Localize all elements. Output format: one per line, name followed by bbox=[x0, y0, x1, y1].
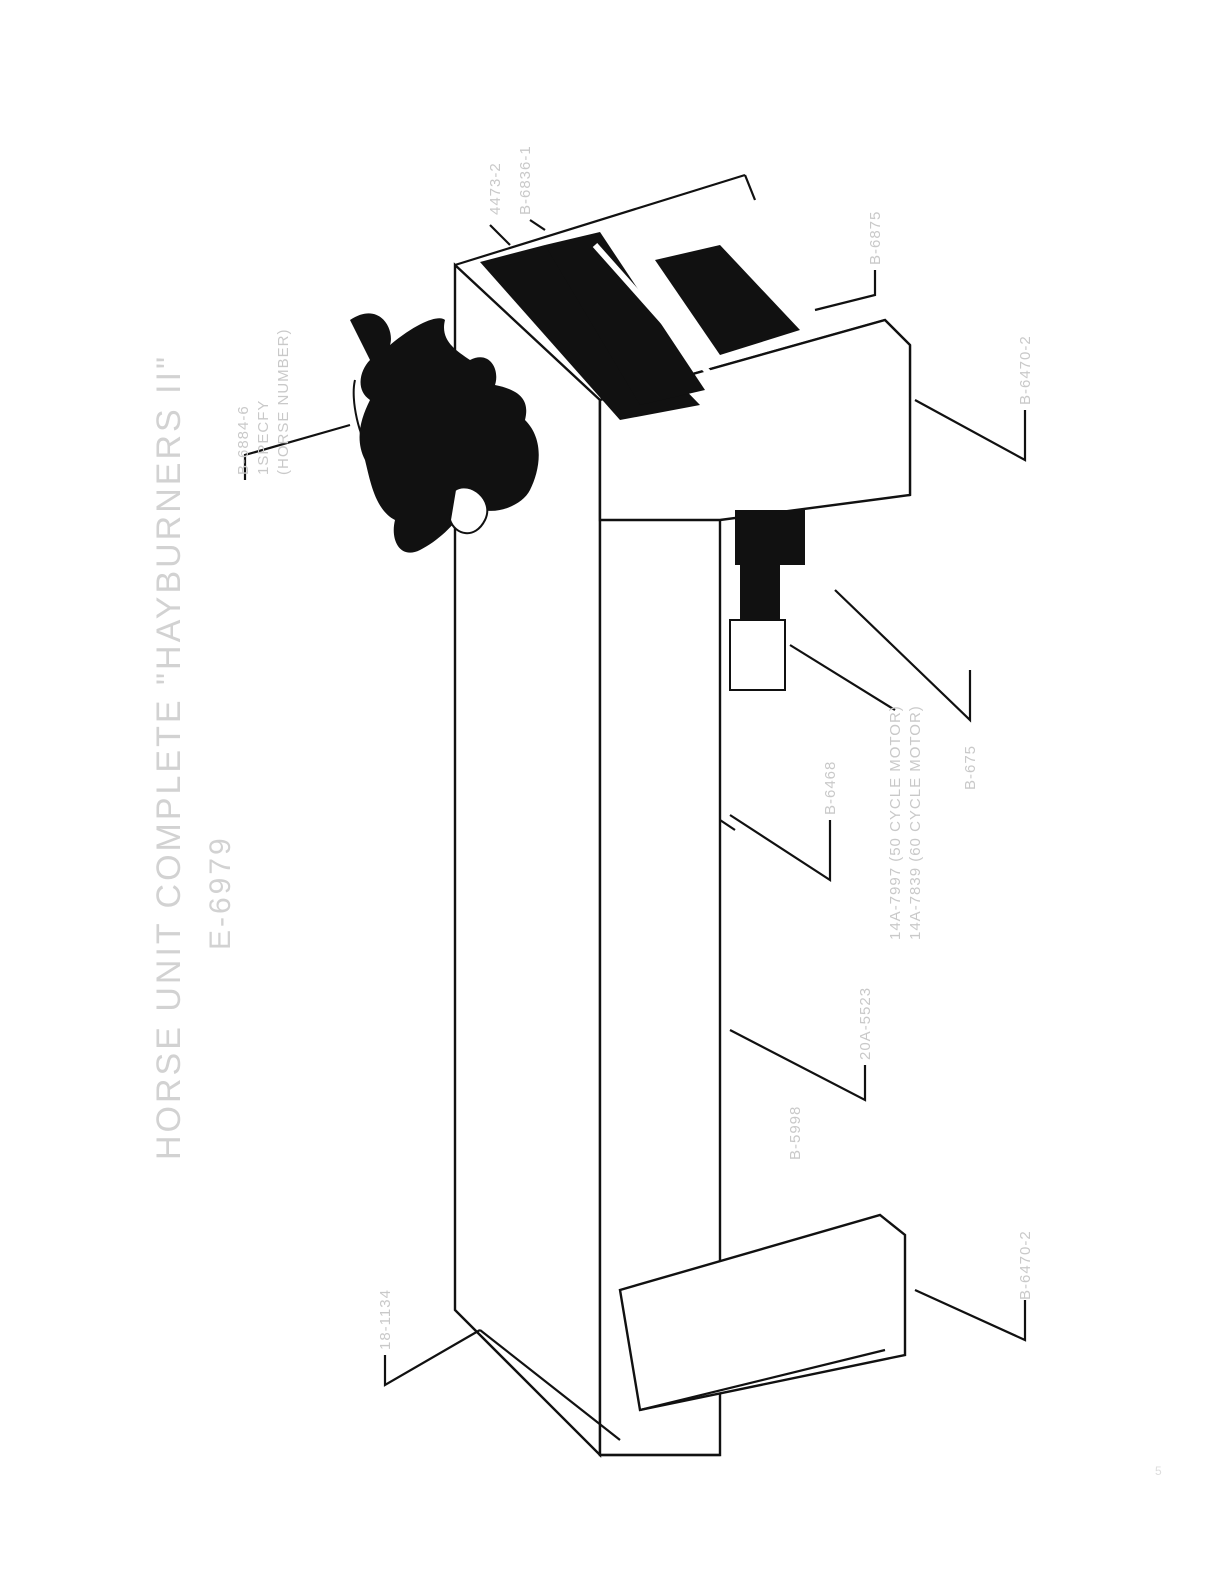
title-block: HORSE UNIT COMPLETE "HAYBURNERS II" E-69… bbox=[150, 354, 237, 1160]
callout-bracket-rear: B-6470-2 bbox=[1017, 1230, 1034, 1300]
callout-horse-1: B-6884-6 bbox=[235, 405, 252, 475]
parts-diagram: HORSE UNIT COMPLETE "HAYBURNERS II" E-69… bbox=[0, 0, 1230, 1589]
callout-rail: B-5998 bbox=[787, 1106, 804, 1160]
callout-top-a: 4473-2 bbox=[487, 162, 504, 215]
callout-motor-bracket: B-675 bbox=[962, 745, 979, 790]
callout-strap: B-6468 bbox=[822, 761, 839, 815]
callout-rear-end: 18-1134 bbox=[377, 1289, 394, 1350]
callout-motor-60: 14A-7839 (60 CYCLE MOTOR) bbox=[907, 705, 924, 940]
callout-horse-2: 1SPECFY bbox=[255, 400, 272, 475]
callout-top-b: B-6836-1 bbox=[517, 145, 534, 215]
motor-body bbox=[735, 510, 805, 565]
motor-assembly bbox=[720, 510, 805, 830]
document-title: HORSE UNIT COMPLETE "HAYBURNERS II" bbox=[150, 354, 188, 1160]
callout-channel: 20A-5523 bbox=[857, 987, 874, 1060]
document-part-number: E-6979 bbox=[204, 835, 237, 950]
callout-bracket-front: B-6470-2 bbox=[1017, 335, 1034, 405]
callout-horse-3: (HORSE NUMBER) bbox=[275, 328, 292, 475]
page-marker: 5 bbox=[1155, 1464, 1162, 1478]
callout-gear-box: B-6875 bbox=[867, 211, 884, 265]
motor-cap bbox=[730, 620, 785, 690]
callout-motor-50: 14A-7997 (50 CYCLE MOTOR) bbox=[887, 705, 904, 940]
